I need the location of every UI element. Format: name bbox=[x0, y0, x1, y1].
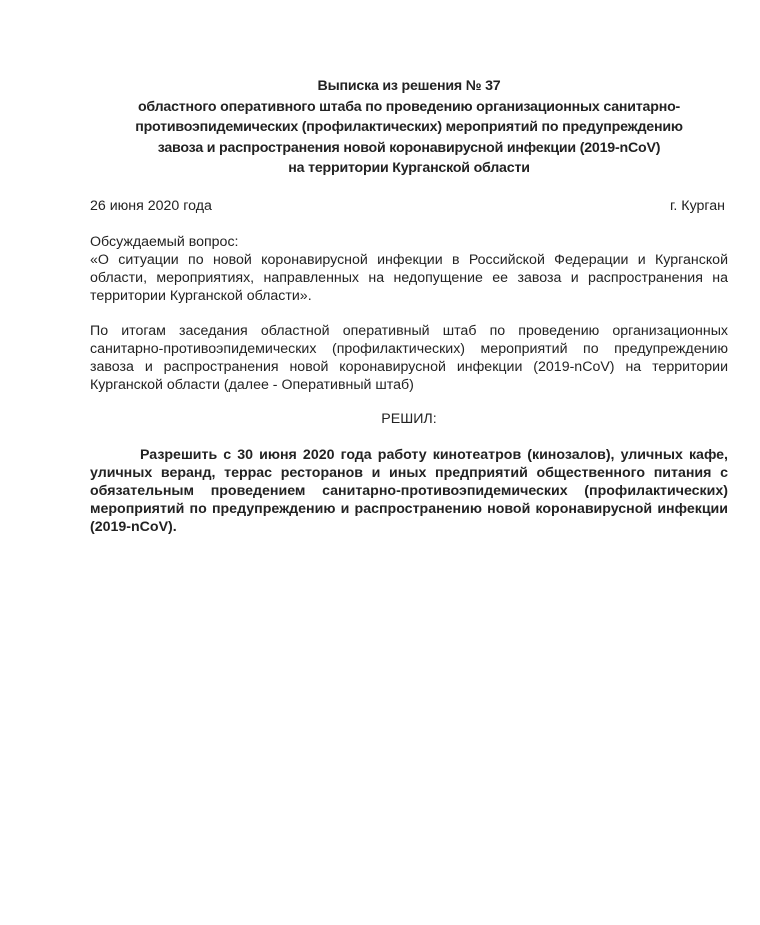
question-label: Обсуждаемый вопрос: bbox=[90, 233, 728, 251]
title-line-1: Выписка из решения № 37 bbox=[88, 76, 730, 97]
document-date: 26 июня 2020 года bbox=[90, 197, 212, 215]
document-city: г. Курган bbox=[670, 197, 725, 215]
decision-paragraph: Разрешить с 30 июня 2020 года работу кин… bbox=[90, 446, 728, 536]
title-line-5: на территории Курганской области bbox=[88, 158, 730, 179]
title-line-3: противоэпидемических (профилактических) … bbox=[88, 117, 730, 138]
document-page: Выписка из решения № 37 областного опера… bbox=[0, 0, 760, 925]
title-line-4: завоза и распространения новой коронавир… bbox=[88, 138, 730, 159]
question-text: «О ситуации по новой коронавирусной инфе… bbox=[90, 251, 728, 305]
date-city-row: 26 июня 2020 года г. Курган bbox=[90, 197, 725, 215]
document-title: Выписка из решения № 37 областного опера… bbox=[88, 76, 730, 179]
decided-heading: РЕШИЛ: bbox=[90, 410, 728, 428]
results-paragraph: По итогам заседания областной оперативны… bbox=[90, 322, 728, 394]
title-line-2: областного оперативного штаба по проведе… bbox=[88, 97, 730, 118]
